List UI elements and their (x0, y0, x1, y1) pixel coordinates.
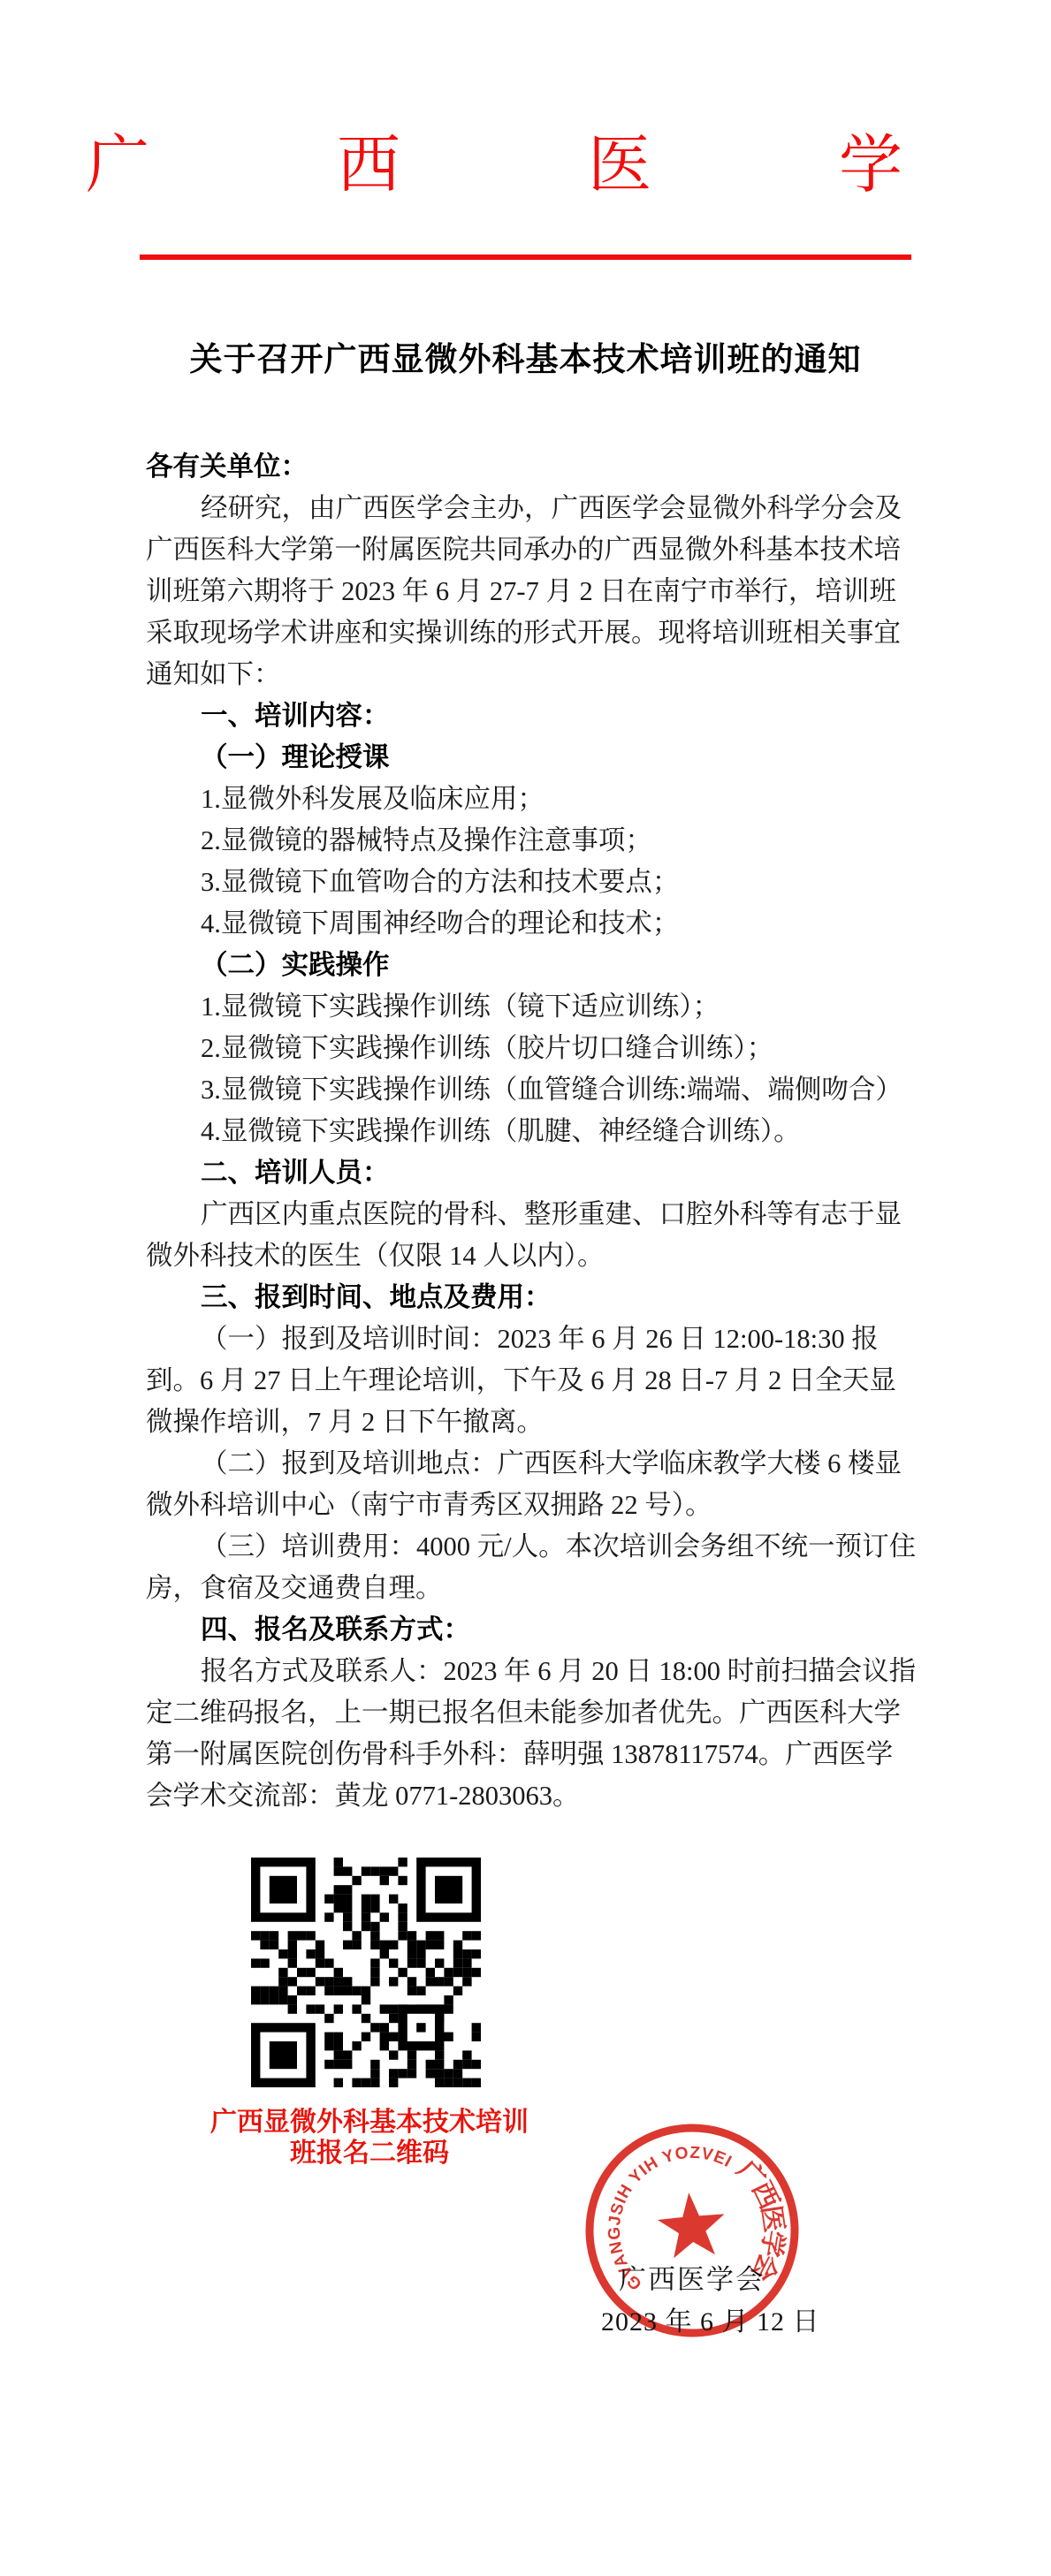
qr-module (453, 2078, 462, 2087)
qr-module (362, 2033, 370, 2041)
qr-module (444, 2069, 453, 2078)
qr-module (343, 1885, 352, 1894)
qr-module (362, 1922, 370, 1931)
qr-module (316, 2004, 324, 2013)
qr-module (435, 1941, 444, 1949)
qr-module (380, 2033, 389, 2041)
org-masthead: 广 西 医 学 会 (0, 131, 1051, 201)
qr-module (453, 2060, 462, 2069)
body-line-14: 2.显微镜下实践操作训练（胶片切口缝合训练）； (146, 1028, 924, 1069)
body-line-29: 报名方式及联系人：2023 年 6 月 20 日 18:00 时前扫描会议指 (146, 1651, 924, 1692)
qr-module (389, 1941, 398, 1949)
qr-module (270, 2041, 297, 2069)
qr-module (278, 1995, 287, 2004)
qr-module (370, 1941, 379, 1949)
qr-module (462, 1931, 471, 1940)
qr-module (462, 1949, 471, 1958)
qr-module (453, 1987, 462, 1995)
qr-module (288, 1931, 297, 1940)
qr-module (416, 1949, 425, 1958)
signature-date: 2023 年 6 月 12 日 (601, 2299, 820, 2338)
masthead-divider-line (140, 255, 911, 260)
qr-module (380, 1941, 389, 1949)
qr-module (389, 1977, 398, 1986)
qr-module (324, 1958, 333, 1967)
qr-module (416, 1941, 425, 1949)
qr-module (334, 2050, 343, 2059)
body-line-18: 广西区内重点医院的骨科、整形重建、口腔外科等有志于显 (146, 1194, 924, 1235)
body-line-22: 到。6 月 27 日上午理论培训，下午及 6 月 28 日-7 月 2 日全天显 (146, 1360, 924, 1402)
qr-module (352, 1931, 361, 1940)
qr-module (435, 1931, 444, 1940)
qr-caption: 广西显微外科基本技术培训 班报名二维码 (166, 2107, 573, 2169)
qr-module (472, 2060, 481, 2069)
qr-module (435, 2060, 444, 2069)
qr-module (288, 2004, 297, 2013)
qr-module (380, 1866, 389, 1875)
qr-module (453, 2069, 462, 2078)
body-line-16: 4.显微镜下实践操作训练（肌腱、神经缝合训练）。 (146, 1111, 924, 1152)
qr-module (407, 1987, 416, 1995)
qr-module (370, 1958, 379, 1967)
qr-module (334, 1858, 343, 1866)
qr-module (444, 1977, 453, 1986)
qr-module (306, 1931, 315, 1940)
qr-module (370, 2060, 379, 2069)
body-line-17: 二、培训人员： (146, 1152, 924, 1194)
qr-module (270, 1987, 278, 1995)
qr-module (435, 2078, 444, 2087)
body-line-27: 房，食宿及交通费自理。 (146, 1568, 924, 1609)
qr-module (407, 2060, 416, 2069)
qr-module (324, 2014, 333, 2023)
qr-module (270, 1876, 297, 1904)
qr-module (444, 2033, 453, 2041)
qr-module (324, 2033, 333, 2041)
qr-module (334, 2078, 343, 2087)
qr-module (389, 2069, 398, 2078)
qr-module (288, 1995, 297, 2004)
qr-module (324, 1895, 333, 1904)
qr-module (343, 1987, 352, 1995)
qr-module (435, 1958, 444, 1967)
qr-module (407, 1949, 416, 1958)
qr-module (343, 1941, 352, 1949)
qr-module (370, 2023, 379, 2032)
qr-module (370, 1968, 379, 1977)
qr-module (306, 1968, 315, 1977)
qr-module (260, 1941, 269, 1949)
body-line-13: 1.显微镜下实践操作训练（镜下适应训练）； (146, 986, 924, 1028)
qr-module (416, 2023, 425, 2032)
qr-module (407, 1931, 416, 1940)
qr-module (316, 1958, 324, 1967)
qr-module (370, 1866, 379, 1875)
body-line-0: 各有关单位： (146, 446, 924, 488)
qr-module (472, 2033, 481, 2041)
qr-module (343, 1977, 352, 1986)
qr-module (260, 1987, 269, 1995)
qr-module (260, 1995, 269, 2004)
qr-module (362, 2078, 370, 2087)
qr-module (453, 1941, 462, 1949)
qr-module (370, 2069, 379, 2078)
qr-module (278, 1987, 287, 1995)
qr-module (334, 2033, 343, 2041)
qr-module (398, 1931, 407, 1940)
body-line-5: 通知如下： (146, 654, 924, 695)
qr-module (416, 1958, 425, 1967)
qr-module (297, 1931, 306, 1940)
qr-module (352, 1987, 361, 1995)
qr-code (251, 1858, 481, 2087)
qr-module (251, 1958, 260, 1967)
qr-module (472, 2023, 481, 2032)
qr-module (270, 1941, 278, 1949)
qr-module (426, 1977, 435, 1986)
body-line-1: 经研究，由广西医学会主办，广西医学会显微外科学分会及 (146, 488, 924, 529)
qr-module (462, 1977, 471, 1986)
body-line-12: （二）实践操作 (146, 945, 924, 986)
qr-module (453, 1958, 462, 1967)
qr-module (251, 1931, 260, 1940)
qr-module (324, 1977, 333, 1986)
qr-module (362, 1866, 370, 1875)
qr-module (426, 2060, 435, 2069)
body-line-32: 会学术交流部：黄龙 0771-2803063。 (146, 1775, 924, 1817)
qr-module (407, 1977, 416, 1986)
qr-module (260, 1931, 269, 1940)
qr-module (398, 2069, 407, 2078)
qr-module (380, 1876, 389, 1885)
qr-module (444, 1995, 453, 2004)
qr-module (380, 2004, 389, 2013)
qr-module (306, 1987, 315, 1995)
body-line-4: 采取现场学术讲座和实操训练的形式开展。现将培训班相关事宜 (146, 612, 924, 654)
body-line-20: 三、报到时间、地点及费用： (146, 1277, 924, 1318)
qr-module (453, 1968, 462, 1977)
qr-module (380, 2023, 389, 2032)
qr-module (343, 1866, 352, 1875)
qr-module (435, 1876, 462, 1904)
qr-module (444, 2078, 453, 2087)
qr-module (462, 1958, 471, 1967)
qr-module (444, 2004, 453, 2013)
qr-module (426, 1931, 435, 1940)
qr-module (370, 1922, 379, 1931)
qr-module (362, 1987, 370, 1995)
qr-module (278, 1949, 287, 1958)
qr-module (389, 1866, 398, 1875)
qr-module (288, 1949, 297, 1958)
signature-org-name: 广西医学会 (619, 2257, 765, 2297)
qr-module (343, 1904, 352, 1912)
qr-module (370, 1904, 379, 1912)
qr-module (380, 2041, 389, 2050)
qr-module (270, 1995, 278, 2004)
qr-module (389, 2033, 398, 2041)
qr-module (435, 1977, 444, 1986)
qr-module (398, 1922, 407, 1931)
body-line-24: （二）报到及培训地点：广西医科大学临床教学大楼 6 楼显 (146, 1443, 924, 1485)
body-line-25: 微外科培训中心（南宁市青秀区双拥路 22 号）。 (146, 1485, 924, 1526)
qr-module (426, 2069, 435, 2078)
body-line-6: 一、培训内容： (146, 695, 924, 737)
qr-module (380, 1949, 389, 1958)
qr-caption-line-1: 广西显微外科基本技术培训 (166, 2107, 573, 2138)
document-title: 关于召开广西显微外科基本技术培训班的通知 (0, 332, 1051, 380)
qr-module (352, 1941, 361, 1949)
qr-module (370, 2078, 379, 2087)
stamp-star (655, 2190, 727, 2260)
body-line-28: 四、报名及联系方式： (146, 1609, 924, 1651)
body-line-3: 训班第六期将于 2023 年 6 月 27-7 月 2 日在南宁市举行，培训班 (146, 571, 924, 612)
qr-module (334, 1968, 343, 1977)
qr-module (407, 2050, 416, 2059)
qr-module (416, 1987, 425, 1995)
body-line-10: 3.显微镜下血管吻合的方法和技术要点； (146, 862, 924, 903)
qr-module (362, 1895, 370, 1904)
qr-module (380, 1912, 389, 1921)
qr-module (343, 2060, 352, 2069)
qr-module (462, 2078, 471, 2087)
qr-module (444, 1968, 453, 1977)
qr-module (352, 1876, 361, 1885)
qr-module (316, 1977, 324, 1986)
qr-module (462, 2060, 471, 2069)
qr-module (251, 1995, 260, 2004)
qr-module (398, 1912, 407, 1921)
qr-module (343, 1922, 352, 1931)
body-line-30: 定二维码报名，上一期已报名但未能参加者优先。广西医科大学 (146, 1692, 924, 1734)
qr-module (334, 2060, 343, 2069)
qr-module (306, 1949, 315, 1958)
body-line-26: （三）培训费用：4000 元/人。本次培训会务组不统一预订住 (146, 1526, 924, 1568)
qr-module (389, 2014, 398, 2023)
qr-module (324, 2041, 333, 2050)
qr-module (324, 1912, 333, 1921)
body-line-19: 微外科技术的医生（仅限 14 人以内）。 (146, 1235, 924, 1277)
qr-module (297, 1987, 306, 1995)
body-line-15: 3.显微镜下实践操作训练（血管缝合训练:端端、端侧吻合） (146, 1069, 924, 1111)
qr-module (389, 2050, 398, 2059)
qr-module (426, 1941, 435, 1949)
qr-module (370, 1931, 379, 1940)
qr-module (316, 1949, 324, 1958)
qr-module (389, 2078, 398, 2087)
qr-module (389, 1895, 398, 1904)
qr-module (362, 1995, 370, 2004)
qr-module (297, 1968, 306, 1977)
qr-module (352, 2041, 361, 2050)
qr-caption-line-2: 班报名二维码 (166, 2138, 573, 2169)
qr-module (334, 1866, 343, 1875)
qr-module (472, 1968, 481, 1977)
qr-module (398, 1858, 407, 1866)
body-line-2: 广西医科大学第一附属医院共同承办的广西显微外科基本技术培 (146, 529, 924, 571)
qr-module (362, 1904, 370, 1912)
qr-module (472, 1949, 481, 1958)
qr-module (398, 1968, 407, 1977)
qr-module (370, 1895, 379, 1904)
qr-module (288, 1958, 297, 1967)
qr-module (288, 1941, 297, 1949)
qr-module (389, 2004, 398, 2013)
qr-module (370, 1977, 379, 1986)
qr-module (334, 1895, 343, 1904)
qr-module (407, 1941, 416, 1949)
body-line-31: 第一附属医院创伤骨科手外科：薛明强 13878117574。广西医学 (146, 1734, 924, 1775)
qr-module (334, 2004, 343, 2013)
qr-module (472, 2078, 481, 2087)
qr-module (270, 1931, 278, 1940)
qr-module (288, 1977, 297, 1986)
qr-module (324, 2060, 333, 2069)
qr-module (343, 1895, 352, 1904)
qr-module (260, 1958, 269, 1967)
qr-module (462, 2050, 471, 2059)
qr-module (306, 2004, 315, 2013)
qr-module (398, 1876, 407, 1885)
qr-module (362, 2014, 370, 2023)
qr-module (462, 1968, 471, 1977)
body-line-11: 4.显微镜下周围神经吻合的理论和技术； (146, 903, 924, 945)
qr-module (278, 1977, 287, 1986)
qr-module (334, 1904, 343, 1912)
qr-module (362, 1912, 370, 1921)
qr-module (472, 1931, 481, 1940)
qr-module (251, 1987, 260, 1995)
qr-module (398, 1904, 407, 1912)
qr-module (453, 1949, 462, 1958)
body-lines: 各有关单位：经研究，由广西医学会主办，广西医学会显微外科学分会及广西医科大学第一… (146, 446, 924, 1817)
body-line-9: 2.显微镜的器械特点及操作注意事项； (146, 820, 924, 862)
qr-module (334, 1885, 343, 1894)
notice-document-page: 广 西 医 学 会 关于召开广西显微外科基本技术培训班的通知 各有关单位：经研究… (0, 0, 1051, 2576)
body-line-21: （一）报到及培训时间：2023 年 6 月 26 日 12:00-18:30 报 (146, 1318, 924, 1360)
qr-module (334, 1977, 343, 1986)
qr-module (343, 1912, 352, 1921)
body-line-8: 1.显微外科发展及临床应用； (146, 779, 924, 820)
qr-module (426, 1968, 435, 1977)
qr-module (334, 1987, 343, 1995)
qr-module (343, 2050, 352, 2059)
body-line-23: 微操作培训，7 月 2 日下午撤离。 (146, 1402, 924, 1443)
qr-module (352, 2078, 361, 2087)
qr-module (389, 1958, 398, 1967)
qr-module (316, 1941, 324, 1949)
qr-module (324, 1987, 333, 1995)
qr-module (407, 1958, 416, 1967)
qr-module (435, 2050, 444, 2059)
qr-module (352, 2004, 361, 2013)
qr-module (407, 2069, 416, 2078)
qr-module (334, 2041, 343, 2050)
qr-module (278, 1968, 287, 1977)
body-line-7: （一）理论授课 (146, 737, 924, 779)
qr-module (435, 2069, 444, 2078)
